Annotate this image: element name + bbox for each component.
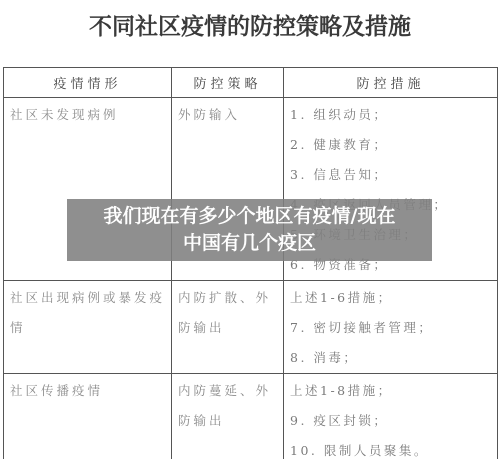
- caption-line-2: 中国有几个疫区: [67, 230, 432, 257]
- measure-item: 8. 消毒；: [290, 343, 497, 373]
- table-row: 社区传播疫情 内防蔓延、外防输出 上述1-8措施； 9. 疫区封锁； 10. 限…: [4, 374, 498, 459]
- measure-item: 3. 信息告知；: [290, 160, 497, 190]
- situation-cell: 社区传播疫情: [4, 374, 172, 459]
- measures-list: 上述1-6措施； 7. 密切接触者管理； 8. 消毒；: [284, 281, 497, 373]
- measure-item: 1. 组织动员；: [290, 100, 497, 130]
- measure-item: 上述1-6措施；: [290, 283, 497, 313]
- situation-cell: 社区出现病例或暴发疫情: [4, 281, 172, 374]
- caption-line-1: 我们现在有多少个地区有疫情/现在: [67, 203, 432, 230]
- strategy-cell: 内防扩散、外防输出: [172, 281, 284, 374]
- header-measures: 防控措施: [284, 68, 498, 98]
- measures-cell: 上述1-8措施； 9. 疫区封锁； 10. 限制人员聚集。: [284, 374, 498, 459]
- strategy-table: 疫情情形 防控策略 防控措施 社区未发现病例 外防输入 1. 组织动员； 2. …: [3, 67, 498, 459]
- measures-list: 上述1-8措施； 9. 疫区封锁； 10. 限制人员聚集。: [284, 374, 497, 459]
- header-strategy: 防控策略: [172, 68, 284, 98]
- measures-cell: 上述1-6措施； 7. 密切接触者管理； 8. 消毒；: [284, 281, 498, 374]
- document-title: 不同社区疫情的防控策略及措施: [0, 8, 500, 41]
- table-header-row: 疫情情形 防控策略 防控措施: [4, 68, 498, 98]
- measure-item: 7. 密切接触者管理；: [290, 313, 497, 343]
- measure-item: 10. 限制人员聚集。: [290, 436, 497, 459]
- measure-item: 上述1-8措施；: [290, 376, 497, 406]
- measure-item: 9. 疫区封锁；: [290, 406, 497, 436]
- caption-overlay: 我们现在有多少个地区有疫情/现在 中国有几个疫区: [67, 199, 432, 261]
- table-row: 社区出现病例或暴发疫情 内防扩散、外防输出 上述1-6措施； 7. 密切接触者管…: [4, 281, 498, 374]
- strategy-cell: 内防蔓延、外防输出: [172, 374, 284, 459]
- measure-item: 2. 健康教育；: [290, 130, 497, 160]
- header-situation: 疫情情形: [4, 68, 172, 98]
